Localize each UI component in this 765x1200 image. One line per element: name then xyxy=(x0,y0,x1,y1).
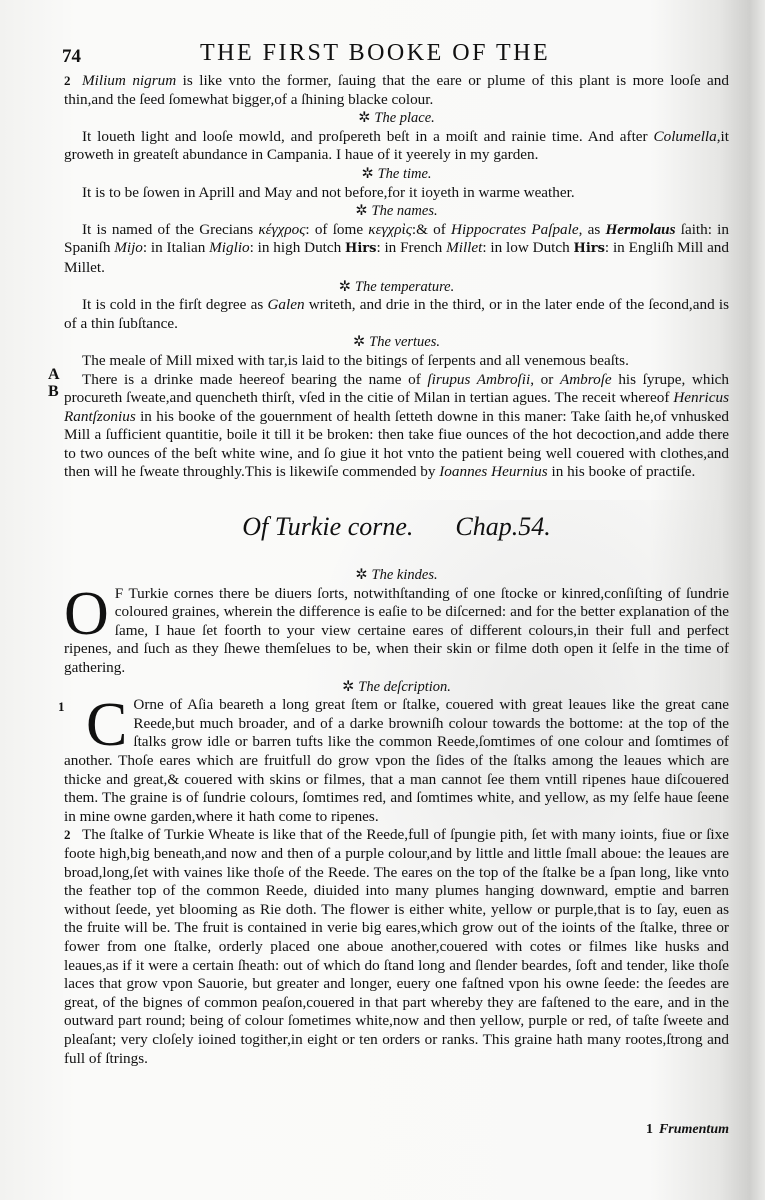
item-number: 1 xyxy=(58,698,65,717)
heading-temperature: ✲The temperature. xyxy=(64,278,729,297)
heading-kindes: ✲The kindes. xyxy=(64,566,729,585)
heading-names: ✲The names. xyxy=(64,202,729,221)
asterisk-icon: ✲ xyxy=(358,110,370,126)
running-head: THE FIRST BOOKE OF THE xyxy=(200,40,550,67)
catchword: 1Frumentum xyxy=(646,1122,729,1138)
asterisk-icon: ✲ xyxy=(355,567,367,583)
asterisk-icon: ✲ xyxy=(342,679,354,695)
paragraph-place: It loueth light and looſe mowld, and pro… xyxy=(64,128,729,165)
paragraph-time: It is to be ſowen in Aprill and May and … xyxy=(64,184,729,203)
margin-letter-b: B xyxy=(48,383,60,400)
plant-name: Milium nigrum xyxy=(82,72,176,89)
book-page: 74 THE FIRST BOOKE OF THE A B 2Milium ni… xyxy=(0,0,765,1200)
asterisk-icon: ✲ xyxy=(361,166,373,182)
paragraph-vertue-a: The meale of Mill mixed with tar,is laid… xyxy=(64,352,729,371)
heading-place: ✲The place. xyxy=(64,109,729,128)
asterisk-icon: ✲ xyxy=(339,279,351,295)
chapter-title: Of Turkie corne.Chap.54. xyxy=(64,512,729,542)
asterisk-icon: ✲ xyxy=(355,203,367,219)
paragraph-description-1: 1 C Orne of Aſia beareth a long great ſt… xyxy=(64,696,729,826)
drop-cap: C xyxy=(86,700,127,750)
heading-description: ✲The deſcription. xyxy=(64,678,729,697)
paragraph-temperature: It is cold in the firſt degree as Galen … xyxy=(64,296,729,333)
margin-letters: A B xyxy=(48,366,60,400)
drop-cap: O xyxy=(64,589,109,639)
page-number: 74 xyxy=(62,46,81,68)
heading-vertues: ✲The vertues. xyxy=(64,333,729,352)
asterisk-icon: ✲ xyxy=(353,334,365,350)
chapter-number: Chap.54. xyxy=(455,512,550,541)
page-header: 74 THE FIRST BOOKE OF THE xyxy=(40,38,730,68)
heading-time: ✲The time. xyxy=(64,165,729,184)
paragraph-names: It is named of the Grecians κέγχρος: of … xyxy=(64,221,729,278)
paragraph-vertue-b: There is a drinke made heereof bearing t… xyxy=(64,371,729,483)
paragraph-kindes: O F Turkie cornes there be diuers ſorts,… xyxy=(64,585,729,678)
body-text: 2Milium nigrum is like vnto the former, … xyxy=(64,72,729,1068)
paragraph-description-2: 2The ſtalke of Turkie Wheate is like tha… xyxy=(64,826,729,1068)
item-milium-nigrum: 2Milium nigrum is like vnto the former, … xyxy=(64,72,729,109)
margin-letter-a: A xyxy=(48,366,60,383)
